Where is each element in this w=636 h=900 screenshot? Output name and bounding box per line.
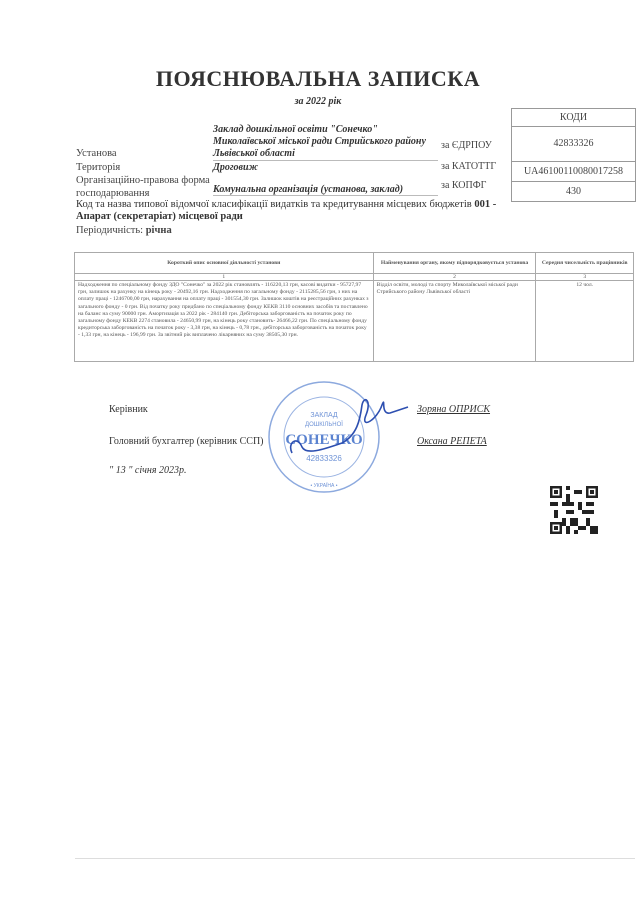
svg-text:42833326: 42833326 [306, 454, 342, 463]
katottg-label: за КАТОТТГ [441, 161, 496, 172]
column-number: 3 [536, 274, 634, 281]
authority-cell: Відділ освіти, молоді та спорту Миколаїв… [373, 281, 536, 362]
katottg-value: UA46100110080017258 [512, 161, 635, 181]
accountant-label: Головний бухгалтер (керівник ССП) [109, 436, 264, 447]
classification-code: 001 - [474, 199, 496, 210]
footer-scan-artifact [75, 858, 635, 859]
territory-value: Дроговиж [213, 162, 258, 173]
legal-form-value: Комунальна організація (установа, заклад… [213, 184, 438, 196]
table-number-row: 1 2 3 [75, 274, 634, 281]
table-header-row: Короткий опис основної діяльності устано… [75, 253, 634, 274]
svg-text:• УКРАЇНА •: • УКРАЇНА • [310, 482, 337, 489]
svg-text:СОНЕЧКО: СОНЕЧКО [285, 432, 362, 448]
kopfg-label: за КОПФГ [441, 180, 486, 191]
director-label: Керівник [109, 404, 148, 415]
classification-name: Апарат (секретаріат) місцевої ради [76, 211, 243, 222]
institution-label: Установа [76, 148, 117, 159]
kopfg-value: 430 [512, 181, 635, 201]
table-row: Надходження по спеціальному фонду ЗДО "С… [75, 281, 634, 362]
institution-line-3: Львівської області [213, 148, 438, 161]
svg-text:ДОШКІЛЬНОЇ: ДОШКІЛЬНОЇ [305, 421, 343, 428]
svg-text:ЗАКЛАД: ЗАКЛАД [310, 412, 337, 419]
legal-form-label-line-1: Організаційно-правова форма [76, 174, 210, 187]
classification-row: Код та назва типової відомчої класифікац… [76, 199, 496, 210]
header-description: Короткий опис основної діяльності устано… [75, 253, 374, 274]
header-staff: Середня чисельність працівників [536, 253, 634, 274]
description-cell: Надходження по спеціальному фонду ЗДО "С… [75, 281, 374, 362]
qr-code [550, 486, 598, 534]
document-date: " 13 " січня 2023р. [109, 465, 187, 476]
periodicity-label: Періодичність: [76, 225, 143, 236]
document-title: ПОЯСНЮВАЛЬНА ЗАПИСКА [0, 66, 636, 92]
accountant-name: Оксана РЕПЕТА [417, 436, 487, 447]
codes-heading: КОДИ [512, 109, 635, 126]
institution-line-1: Заклад дошкільної освіти "Сонечко" [213, 124, 438, 136]
stamp-icon: ЗАКЛАД ДОШКІЛЬНОЇ СОНЕЧКО 42833326 • УКР… [262, 375, 412, 495]
institution-value: Заклад дошкільної освіти "Сонечко" Микол… [213, 124, 438, 161]
periodicity-value: річна [146, 225, 172, 236]
institution-line-2: Миколаївської міської ради Стрийського р… [213, 136, 438, 148]
document-subtitle: за 2022 рік [0, 96, 636, 107]
staff-cell: 12 чол. [536, 281, 634, 362]
column-number: 1 [75, 274, 374, 281]
edrpou-value: 42833326 [512, 126, 635, 161]
classification-text: Код та назва типової відомчої класифікац… [76, 199, 472, 210]
periodicity-row: Періодичність: річна [76, 225, 172, 236]
header-authority: Найменування органу, якому підпорядковує… [373, 253, 536, 274]
codes-box: КОДИ 42833326 UA46100110080017258 430 [511, 108, 636, 202]
legal-form-label: Організаційно-правова форма господарюван… [76, 174, 210, 200]
activity-table: Короткий опис основної діяльності устано… [74, 252, 634, 362]
qr-code-icon [550, 486, 598, 534]
director-name: Зоряна ОПРИСК [417, 404, 490, 415]
territory-label: Територія [76, 162, 120, 173]
column-number: 2 [373, 274, 536, 281]
edrpou-label: за ЄДРПОУ [441, 140, 492, 151]
official-stamp: ЗАКЛАД ДОШКІЛЬНОЇ СОНЕЧКО 42833326 • УКР… [262, 375, 412, 495]
